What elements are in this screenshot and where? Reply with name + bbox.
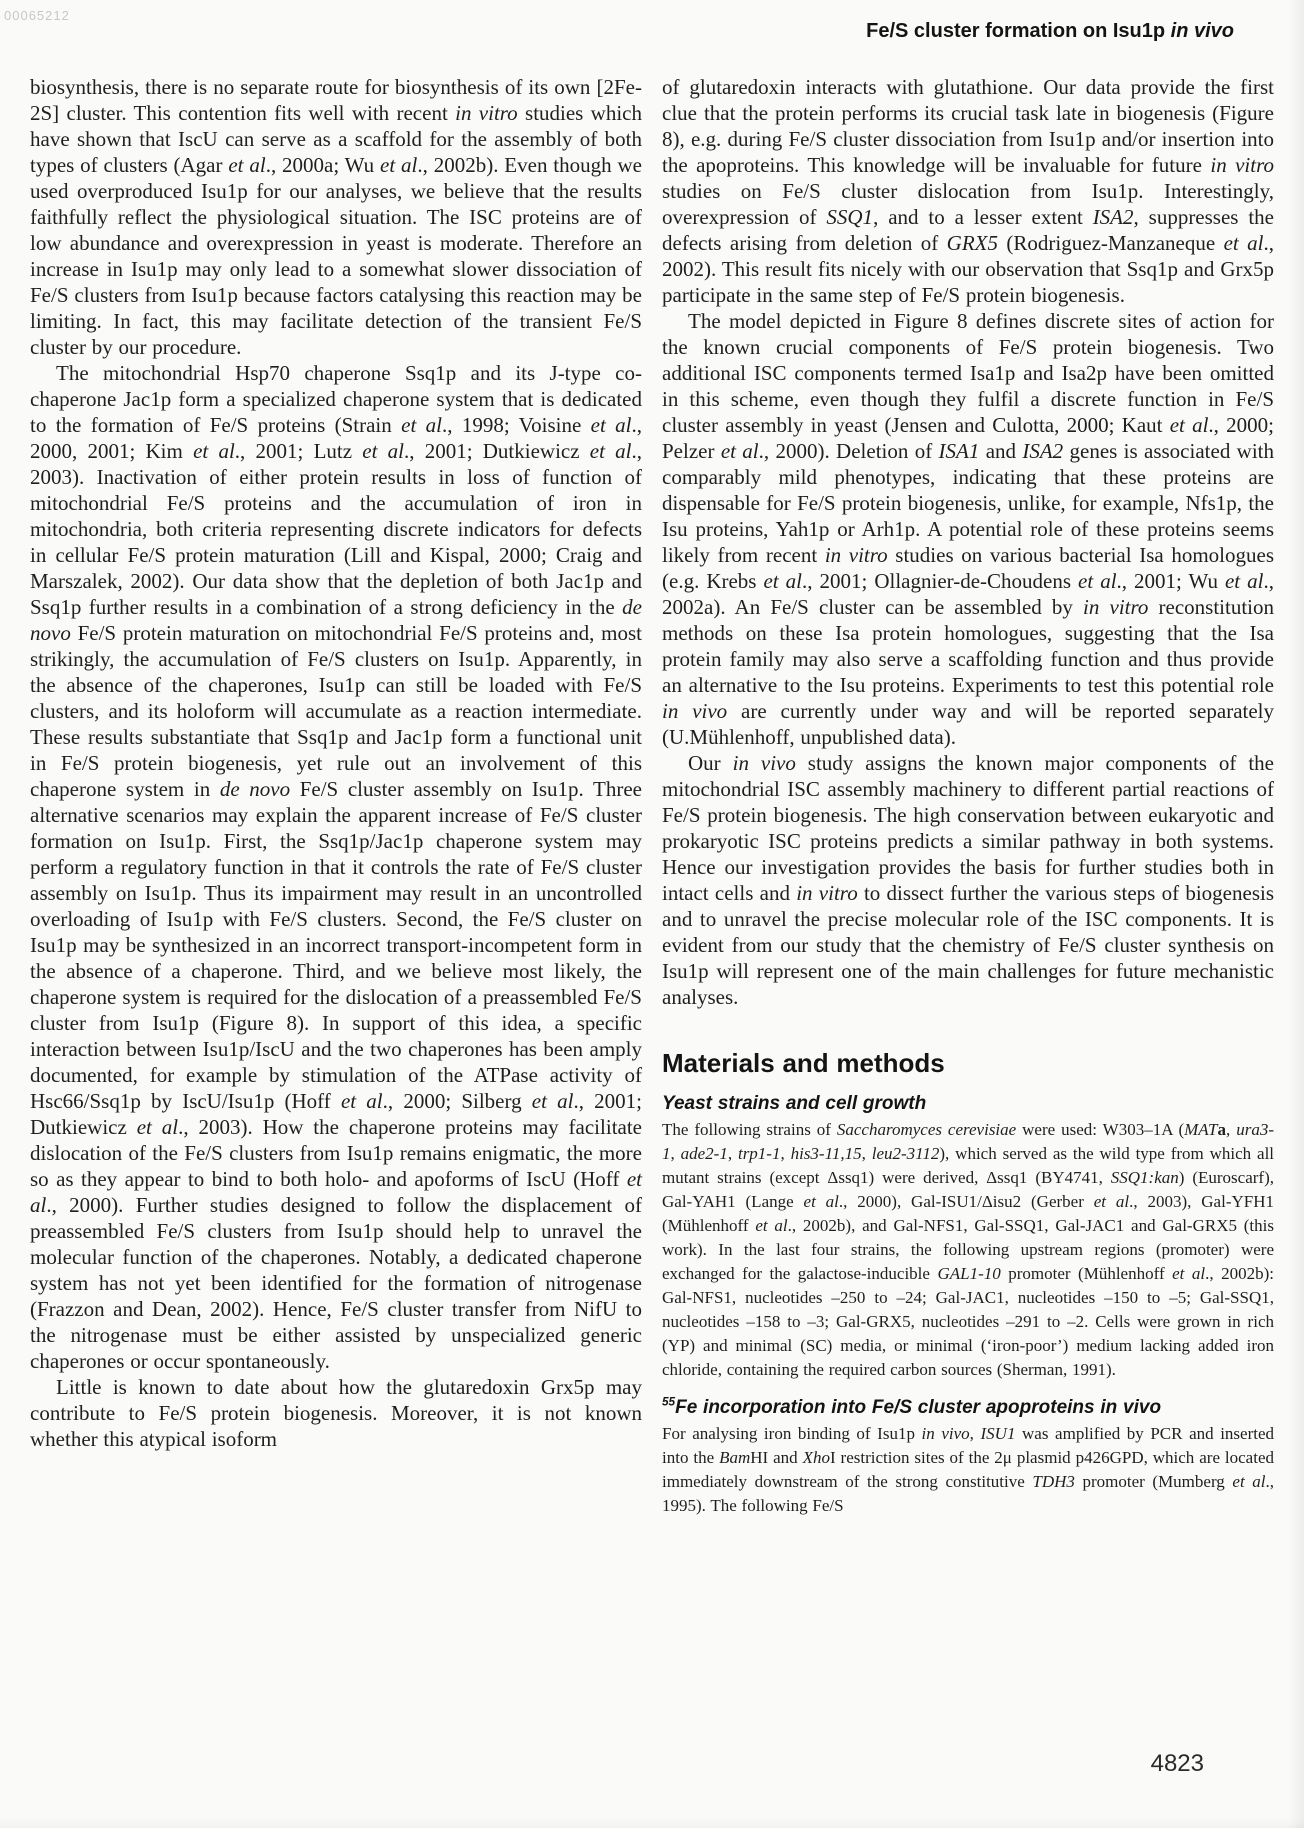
subsection-heading-fe-incorporation: 55Fe incorporation into Fe/S cluster apo… <box>662 1396 1274 1419</box>
paragraph: The model depicted in Figure 8 defines d… <box>662 308 1274 750</box>
materials-and-methods-section: Materials and methods Yeast strains and … <box>662 1048 1274 1518</box>
section-heading: Materials and methods <box>662 1048 1274 1078</box>
paragraph: For analysing iron binding of Isu1p in v… <box>662 1422 1274 1518</box>
right-column: of glutaredoxin interacts with glutathio… <box>662 74 1274 1518</box>
left-column: biosynthesis, there is no separate route… <box>30 74 642 1518</box>
journal-page: 00065212 Fe/S cluster formation on Isu1p… <box>0 0 1304 1828</box>
paragraph: Our in vivo study assigns the known majo… <box>662 750 1274 1010</box>
paragraph: The mitochondrial Hsp70 chaperone Ssq1p … <box>30 360 642 1374</box>
page-number: 4823 <box>1151 1750 1204 1778</box>
paragraph: biosynthesis, there is no separate route… <box>30 74 642 360</box>
two-column-body: biosynthesis, there is no separate route… <box>30 74 1274 1518</box>
paragraph: of glutaredoxin interacts with glutathio… <box>662 74 1274 308</box>
paragraph: Little is known to date about how the gl… <box>30 1374 642 1452</box>
running-head: Fe/S cluster formation on Isu1p in vivo <box>866 20 1234 43</box>
subsection-heading-yeast-strains: Yeast strains and cell growth <box>662 1092 1274 1115</box>
paragraph: The following strains of Saccharomyces c… <box>662 1118 1274 1382</box>
scan-number: 00065212 <box>4 8 70 23</box>
